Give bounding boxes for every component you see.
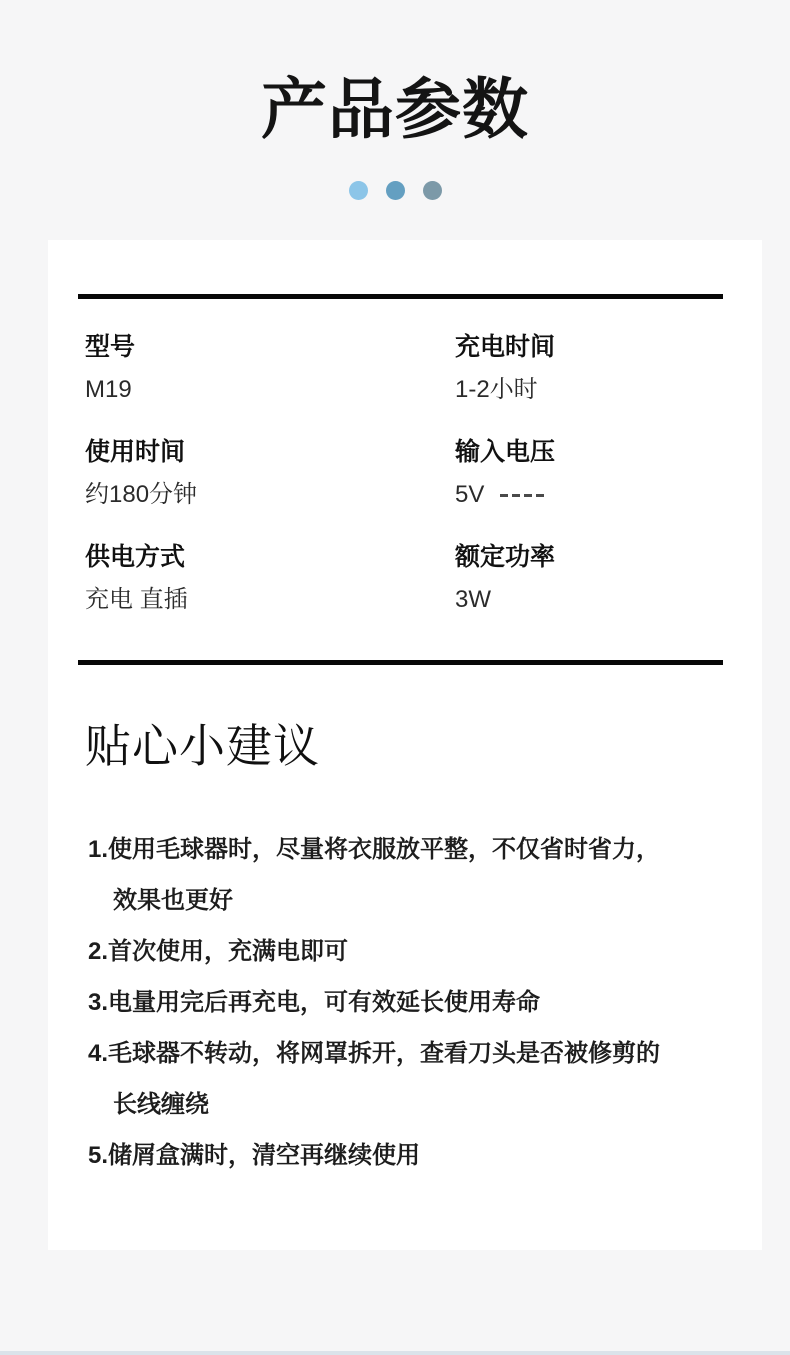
tip-line-continued: 长线缠绕	[88, 1079, 732, 1130]
spec-label: 额定功率	[455, 541, 725, 574]
dc-voltage-icon	[500, 489, 544, 497]
dot-icon-3	[423, 181, 442, 200]
next-section-edge	[0, 1351, 790, 1355]
tip-line: 5.储屑盒满时，清空再继续使用	[88, 1130, 732, 1181]
dot-icon-1	[349, 181, 368, 200]
tip-item-1: 1.使用毛球器时，尽量将衣服放平整，不仅省时省力， 效果也更好	[88, 824, 732, 926]
decorative-dots	[0, 181, 790, 200]
spec-charge-time: 充电时间 1-2小时	[455, 331, 725, 406]
product-parameters-page: 产品参数 型号 M19 充电时间 1-2小时 使用时间 约180分钟 输入电压	[0, 0, 790, 1355]
spec-value: 5V	[455, 478, 725, 511]
tip-line: 1.使用毛球器时，尽量将衣服放平整，不仅省时省力，	[88, 824, 732, 875]
tip-item-2: 2.首次使用，充满电即可	[88, 926, 732, 977]
spec-label: 使用时间	[85, 436, 455, 469]
tips-heading: 贴心小建议	[85, 716, 320, 776]
tip-line: 3.电量用完后再充电，可有效延长使用寿命	[88, 977, 732, 1028]
spec-label: 输入电压	[455, 436, 725, 469]
tip-line: 4.毛球器不转动，将网罩拆开，查看刀头是否被修剪的	[88, 1028, 732, 1079]
spec-value: 1-2小时	[455, 373, 725, 406]
spec-label: 供电方式	[85, 541, 455, 574]
spec-label: 充电时间	[455, 331, 725, 364]
spec-rated-power: 额定功率 3W	[455, 541, 725, 616]
spec-usage-time: 使用时间 约180分钟	[85, 436, 455, 511]
spec-model: 型号 M19	[85, 331, 455, 406]
spec-value: 3W	[455, 583, 725, 616]
tip-line-continued: 效果也更好	[88, 875, 732, 926]
divider-top	[78, 294, 723, 299]
tip-item-4: 4.毛球器不转动，将网罩拆开，查看刀头是否被修剪的 长线缠绕	[88, 1028, 732, 1130]
spec-power-supply: 供电方式 充电 直插	[85, 541, 455, 616]
tip-item-3: 3.电量用完后再充电，可有效延长使用寿命	[88, 977, 732, 1028]
spec-value: 约180分钟	[85, 478, 455, 511]
tip-item-5: 5.储屑盒满时，清空再继续使用	[88, 1130, 732, 1181]
spec-value: M19	[85, 373, 455, 406]
spec-card: 型号 M19 充电时间 1-2小时 使用时间 约180分钟 输入电压 5V	[48, 240, 762, 1250]
spec-grid: 型号 M19 充电时间 1-2小时 使用时间 约180分钟 输入电压 5V	[85, 331, 725, 616]
page-title: 产品参数	[0, 68, 790, 151]
tip-line: 2.首次使用，充满电即可	[88, 926, 732, 977]
spec-value: 充电 直插	[85, 583, 455, 616]
spec-input-voltage: 输入电压 5V	[455, 436, 725, 511]
divider-bottom	[78, 660, 723, 665]
dot-icon-2	[386, 181, 405, 200]
tips-list: 1.使用毛球器时，尽量将衣服放平整，不仅省时省力， 效果也更好 2.首次使用，充…	[88, 824, 732, 1181]
spec-label: 型号	[85, 331, 455, 364]
spec-value-text: 5V	[455, 478, 484, 511]
